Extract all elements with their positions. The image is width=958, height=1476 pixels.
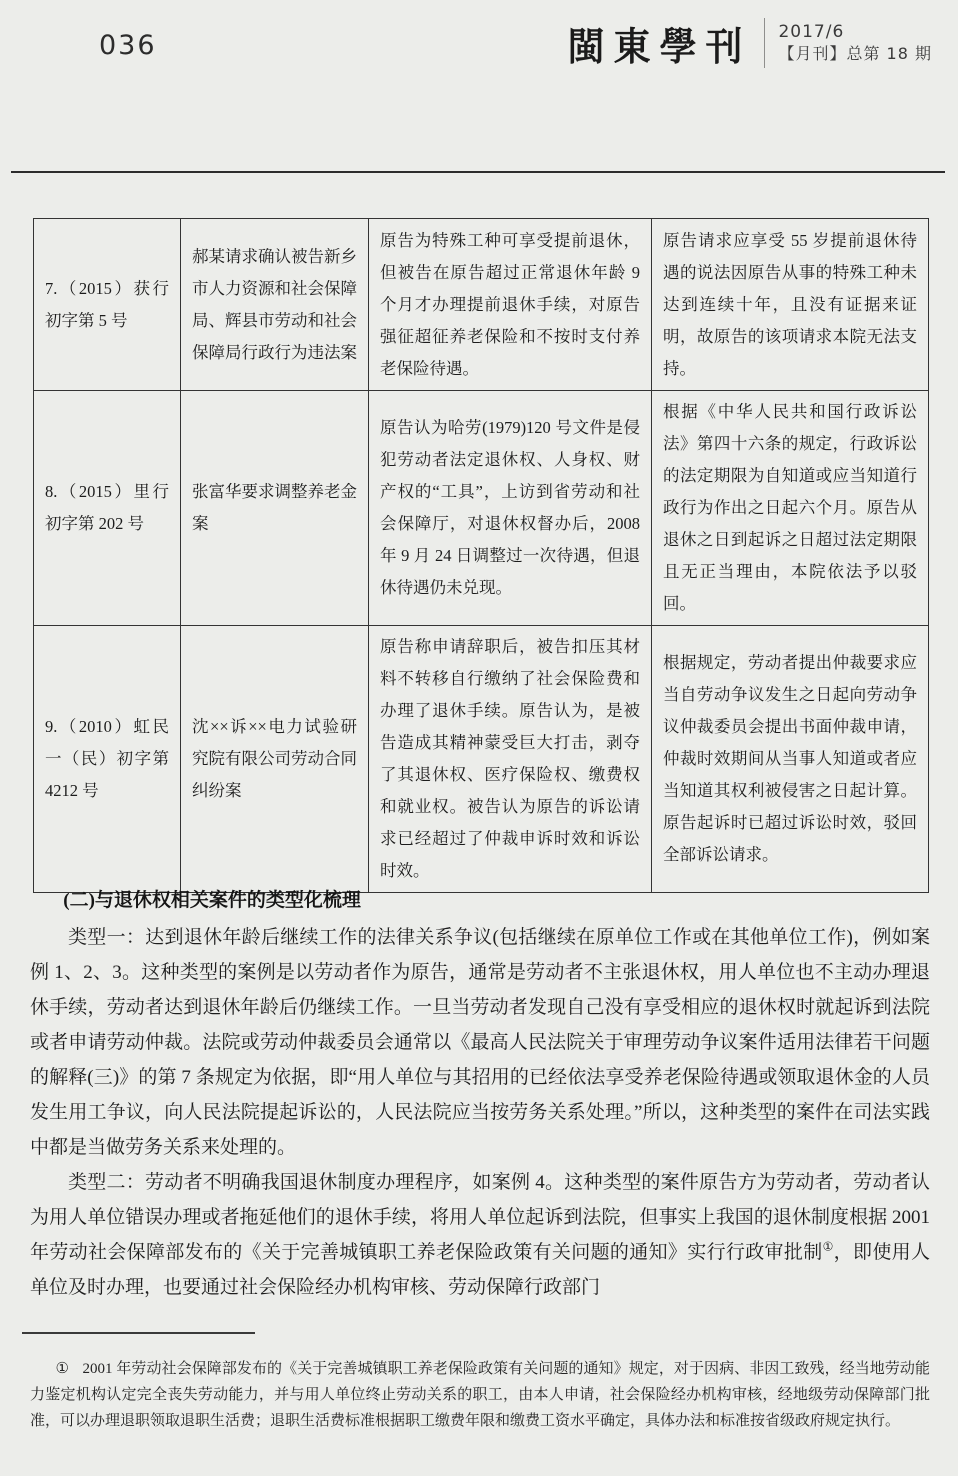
- table-row-case-9: 9.（2010）虹民一（民）初字第 4212 号 沈××诉××电力试验研究院有限…: [34, 626, 929, 893]
- case-claims-cell: 原告认为哈劳(1979)120 号文件是侵犯劳动者法定退休权、人身权、财产权的“…: [369, 391, 652, 626]
- case-number-cell: 7.（2015）获行初字第 5 号: [34, 219, 181, 391]
- footnote: ①2001 年劳动社会保障部发布的《关于完善城镇职工养老保险政策有关问题的通知》…: [30, 1356, 930, 1434]
- case-claims-cell: 原告称申请辞职后，被告扣压其材料不转移自行缴纳了社会保险费和办理了退休手续。原告…: [369, 626, 652, 893]
- masthead-divider: [764, 18, 765, 68]
- paragraph-text: 类型二：劳动者不明确我国退休制度办理程序，如案例 4。这种类型的案件原告方为劳动…: [30, 1172, 930, 1263]
- issue-info: 2017/6 【月刊】总第 18 期: [778, 21, 932, 65]
- paragraph-type-2: 类型二：劳动者不明确我国退休制度办理程序，如案例 4。这种类型的案件原告方为劳动…: [30, 1165, 930, 1305]
- footnote-marker: ①: [56, 1361, 70, 1377]
- case-claims-cell: 原告为特殊工种可享受提前退休，但被告在原告超过正常退休年龄 9 个月才办理提前退…: [369, 219, 652, 391]
- page-number: 036: [99, 30, 157, 61]
- footnote-area: ①2001 年劳动社会保障部发布的《关于完善城镇职工养老保险政策有关问题的通知》…: [30, 1320, 930, 1434]
- paragraph-type-1: 类型一：达到退休年龄后继续工作的法律关系争议(包括继续在原单位工作或在其他单位工…: [30, 920, 930, 1165]
- article-body: (二)与退休权相关案件的类型化梳理 类型一：达到退休年龄后继续工作的法律关系争议…: [30, 886, 930, 1305]
- footnote-body: 2001 年劳动社会保障部发布的《关于完善城镇职工养老保险政策有关问题的通知》规…: [30, 1361, 930, 1429]
- case-table: 7.（2015）获行初字第 5 号 郝某请求确认被告新乡市人力资源和社会保障局、…: [33, 218, 929, 893]
- footnote-divider: [22, 1332, 255, 1334]
- section-heading: (二)与退休权相关案件的类型化梳理: [30, 886, 930, 916]
- footnote-reference: ①: [823, 1240, 834, 1254]
- journal-page: 036 閩東學刊 2017/6 【月刊】总第 18 期 7.（2015）获行初字…: [0, 0, 958, 1476]
- case-ruling-cell: 根据《中华人民共和国行政诉讼法》第四十六条的规定，行政诉讼的法定期限为自知道或应…: [652, 391, 929, 626]
- journal-title: 閩東學刊: [567, 15, 755, 72]
- masthead: 閩東學刊 2017/6 【月刊】总第 18 期: [567, 16, 932, 70]
- table-row-case-7: 7.（2015）获行初字第 5 号 郝某请求确认被告新乡市人力资源和社会保障局、…: [34, 219, 929, 391]
- case-name-cell: 沈××诉××电力试验研究院有限公司劳动合同纠纷案: [181, 626, 369, 893]
- issue-number: 【月刊】总第 18 期: [778, 43, 932, 65]
- table-row-case-8: 8.（2015）里行初字第 202 号 张富华要求调整养老金案 原告认为哈劳(1…: [34, 391, 929, 626]
- case-ruling-cell: 原告请求应享受 55 岁提前退休待遇的说法因原告从事的特殊工种未达到连续十年，且…: [652, 219, 929, 391]
- page-header: 036 閩東學刊 2017/6 【月刊】总第 18 期: [0, 0, 958, 120]
- case-number-cell: 9.（2010）虹民一（民）初字第 4212 号: [34, 626, 181, 893]
- case-ruling-cell: 根据规定，劳动者提出仲裁要求应当自劳动争议发生之日起向劳动争议仲裁委员会提出书面…: [652, 626, 929, 893]
- case-name-cell: 张富华要求调整养老金案: [181, 391, 369, 626]
- case-name-cell: 郝某请求确认被告新乡市人力资源和社会保障局、辉县市劳动和社会保障局行政行为违法案: [181, 219, 369, 391]
- issue-date: 2017/6: [778, 21, 932, 43]
- case-number-cell: 8.（2015）里行初字第 202 号: [34, 391, 181, 626]
- header-rule: [11, 171, 945, 173]
